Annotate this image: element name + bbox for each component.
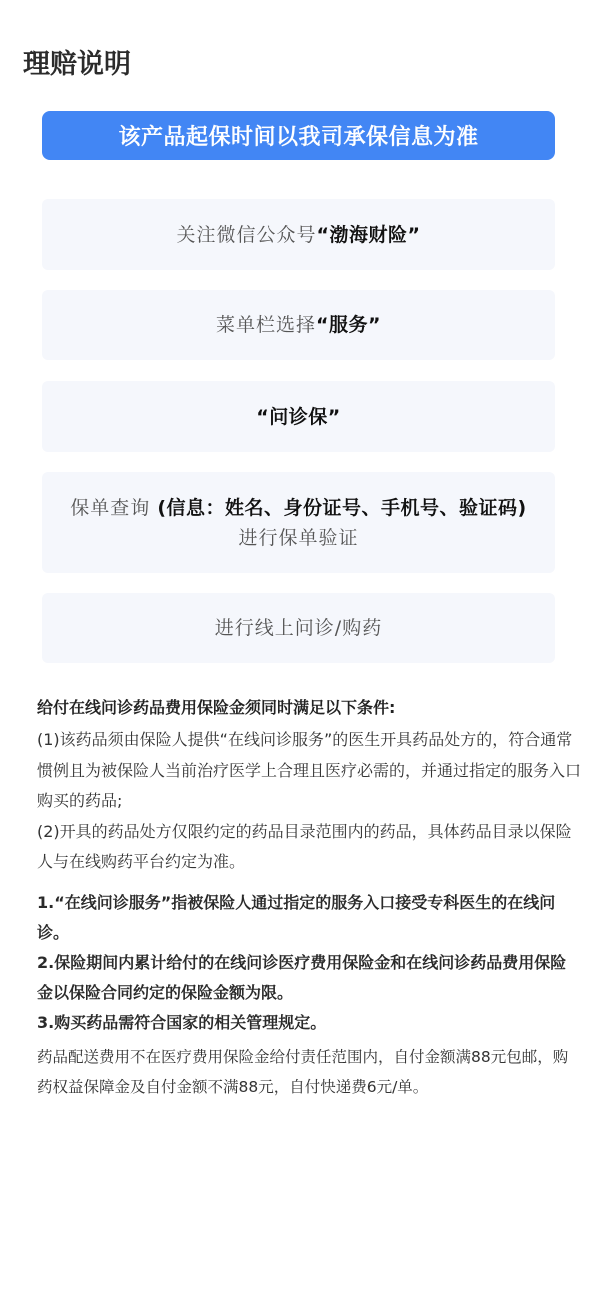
rules-list: 1.“在线问诊服务”指被保险人通过指定的服务入口接受专科医生的在线问诊。 2.保… [37,888,582,1038]
step-subline: 进行保单验证 [238,523,358,553]
step-text: 保单查询 [70,497,157,519]
step-line: 保单查询 (信息：姓名、身份证号、手机号、验证码) [70,493,526,523]
condition-item: (1)该药品须由保险人提供“在线问诊服务”的医生开具药品处方的，符合通常惯例且为… [37,725,582,817]
step-line: “问诊保” [256,402,340,432]
delivery-fee-note: 药品配送费用不在医疗费用保险金给付责任范围内，自付金额满88元包邮，购药权益保障… [37,1042,582,1102]
step-card-wenzhenbao: “问诊保” [42,381,555,452]
step-text: 进行线上问诊/购药 [215,617,382,639]
rule-item: 1.“在线问诊服务”指被保险人通过指定的服务入口接受专科医生的在线问诊。 [37,888,582,948]
step-highlight: “服务” [316,314,381,336]
step-highlight: (信息：姓名、身份证号、手机号、验证码) [157,497,526,519]
rule-item: 2.保险期间内累计给付的在线问诊医疗费用保险金和在线问诊药品费用保险金以保险合同… [37,948,582,1008]
step-line: 进行线上问诊/购药 [215,613,382,643]
page-title: 理赔说明 [23,42,131,81]
step-highlight: “问诊保” [256,406,340,428]
step-text: 菜单栏选择 [216,314,316,336]
step-line: 菜单栏选择“服务” [216,310,381,340]
claim-instructions-page: 理赔说明 该产品起保时间以我司承保信息为准 关注微信公众号“渤海财险” 菜单栏选… [0,0,596,1296]
step-line: 关注微信公众号“渤海财险” [177,220,421,250]
coverage-start-notice-banner: 该产品起保时间以我司承保信息为准 [42,111,555,160]
rule-item: 3.购买药品需符合国家的相关管理规定。 [37,1008,582,1038]
conditions-title: 给付在线问诊药品费用保险金须同时满足以下条件: [37,693,582,723]
step-card-follow-wechat: 关注微信公众号“渤海财险” [42,199,555,270]
step-text: 关注微信公众号 [177,224,317,246]
step-highlight: “渤海财险” [317,224,421,246]
claim-terms-section: 给付在线问诊药品费用保险金须同时满足以下条件: (1)该药品须由保险人提供“在线… [37,693,582,1102]
step-card-policy-query: 保单查询 (信息：姓名、身份证号、手机号、验证码) 进行保单验证 [42,472,555,573]
condition-item: (2)开具的药品处方仅限约定的药品目录范围内的药品，具体药品目录以保险人与在线购… [37,817,582,878]
step-card-online-consult: 进行线上问诊/购药 [42,593,555,663]
step-card-menu-service: 菜单栏选择“服务” [42,290,555,360]
